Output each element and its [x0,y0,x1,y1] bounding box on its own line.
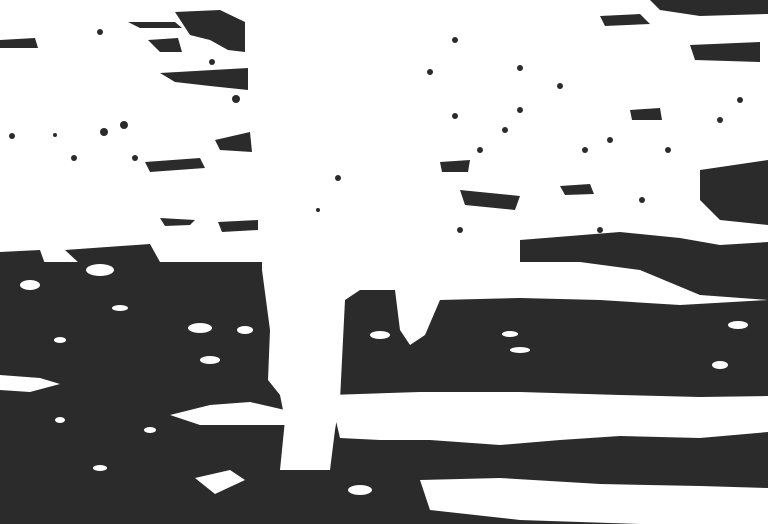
photo-graphic [0,0,768,524]
thresholded-photo: High-contrast black-and-white thresholde… [0,0,768,524]
light-streak [330,392,768,445]
